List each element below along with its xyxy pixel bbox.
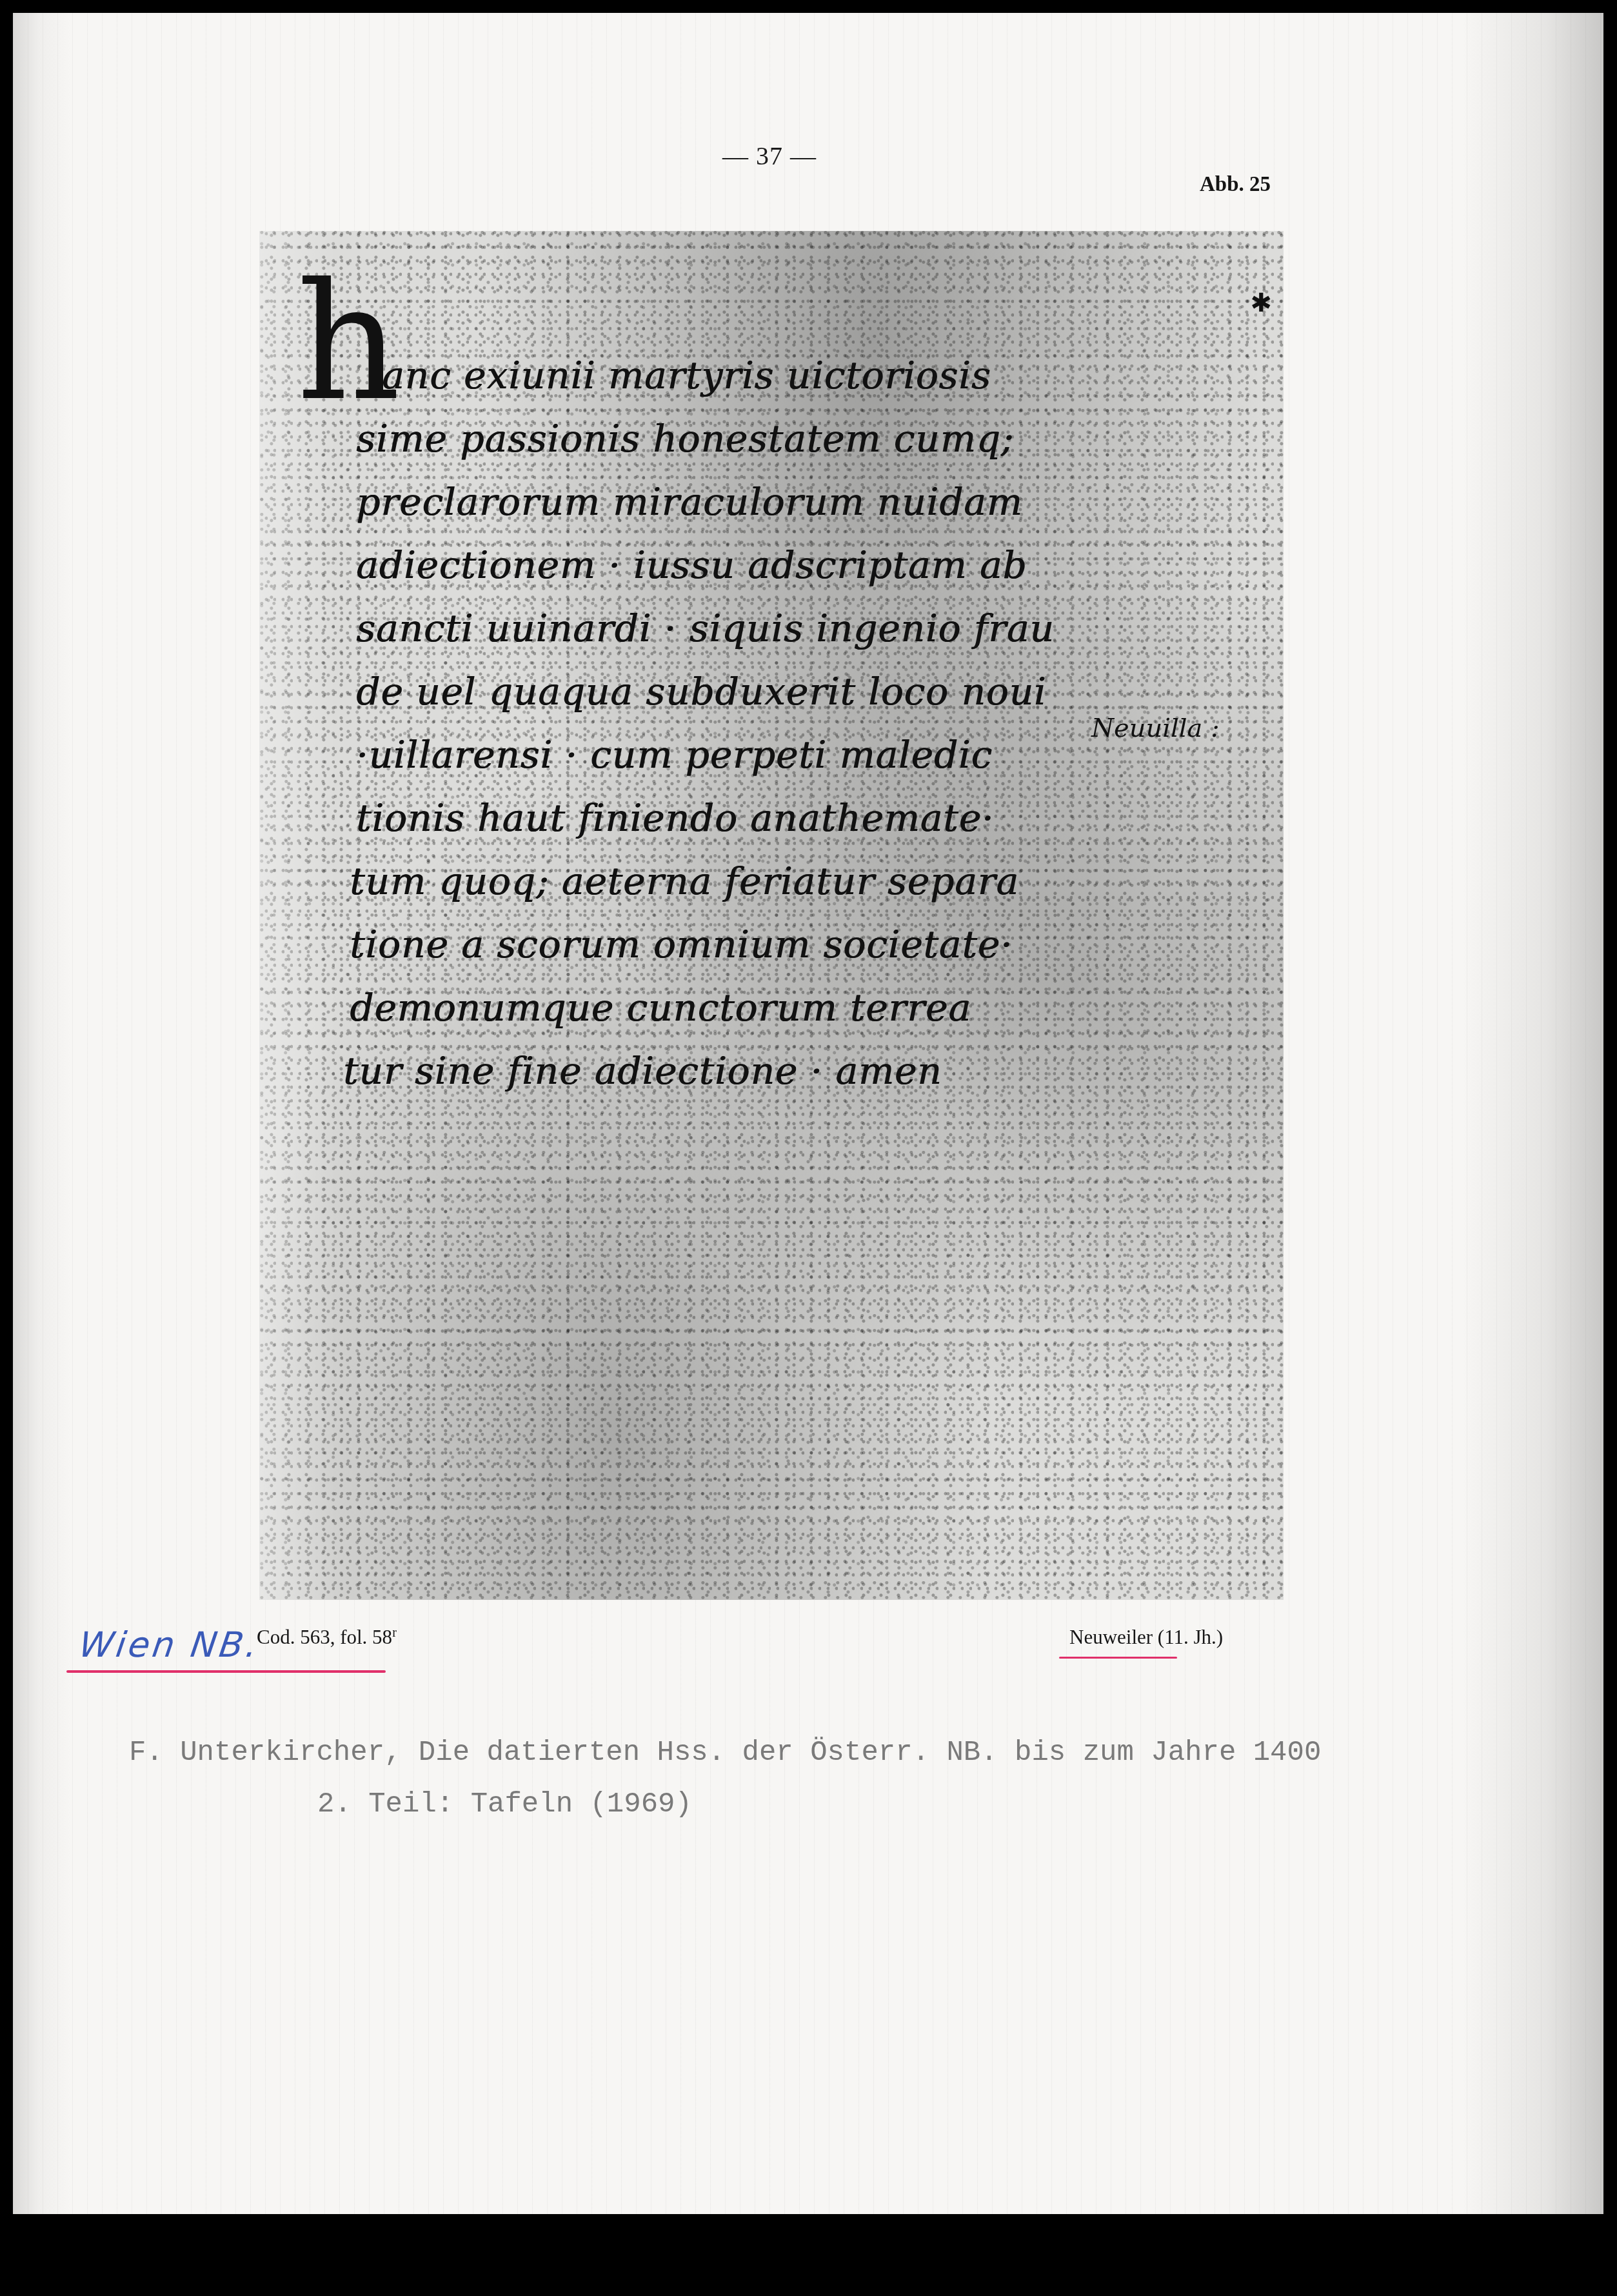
page-number: — 37 — bbox=[722, 141, 890, 171]
manuscript-line: ·uillarensi · cum perpeti maledic bbox=[356, 733, 993, 777]
manuscript-line: adiectionem · iussu adscriptam ab bbox=[356, 543, 1027, 587]
manuscript-line: sime passionis honestatem cumq; bbox=[356, 417, 1014, 461]
scanned-page: — 37 — Abb. 25 h ✱ anc exiunii martyris … bbox=[13, 13, 1603, 2214]
origin-date: (11. Jh.) bbox=[1158, 1626, 1223, 1648]
manuscript-corner-mark-icon: ✱ bbox=[1250, 288, 1272, 318]
manuscript-line: tionis haut finiendo anathemate· bbox=[356, 796, 994, 840]
manuscript-initial-letter: h bbox=[297, 262, 401, 423]
manuscript-line: tur sine fine adiectione · amen bbox=[343, 1049, 942, 1093]
source-citation-line-1: F. Unterkircher, Die datierten Hss. der … bbox=[129, 1737, 1321, 1769]
origin-caption: Neuweiler (11. Jh.) bbox=[1069, 1626, 1223, 1649]
source-citation-line-2: 2. Teil: Tafeln (1969) bbox=[317, 1788, 692, 1821]
manuscript-line: anc exiunii martyris uictoriosis bbox=[382, 354, 991, 397]
manuscript-line: tione a scorum omnium societate· bbox=[350, 923, 1013, 966]
shelfmark-text: Cod. 563, fol. 58 bbox=[257, 1626, 392, 1648]
manuscript-plate: h ✱ anc exiunii martyris uictoriosis sim… bbox=[259, 231, 1284, 1600]
figure-label: Abb. 25 bbox=[1200, 173, 1271, 197]
pink-underline-left bbox=[66, 1670, 386, 1673]
shelfmark-recto-superscript: r bbox=[392, 1626, 397, 1640]
manuscript-marginal-note: Neuuilla : bbox=[1091, 714, 1220, 743]
handwritten-library-note: Wien NB. bbox=[77, 1624, 263, 1665]
manuscript-line: de uel quaqua subduxerit loco noui bbox=[356, 670, 1046, 714]
manuscript-line: demonumque cunctorum terrea bbox=[350, 986, 971, 1030]
manuscript-line: tum quoq; aeterna feriatur separa bbox=[350, 859, 1019, 903]
shelfmark-caption: Cod. 563, fol. 58r bbox=[257, 1626, 397, 1649]
pink-underline-right bbox=[1059, 1657, 1177, 1659]
manuscript-line: preclarorum miraculorum nuidam bbox=[356, 480, 1023, 524]
manuscript-line: sancti uuinardi · siquis ingenio frau bbox=[356, 606, 1055, 650]
origin-place: Neuweiler bbox=[1069, 1626, 1153, 1648]
